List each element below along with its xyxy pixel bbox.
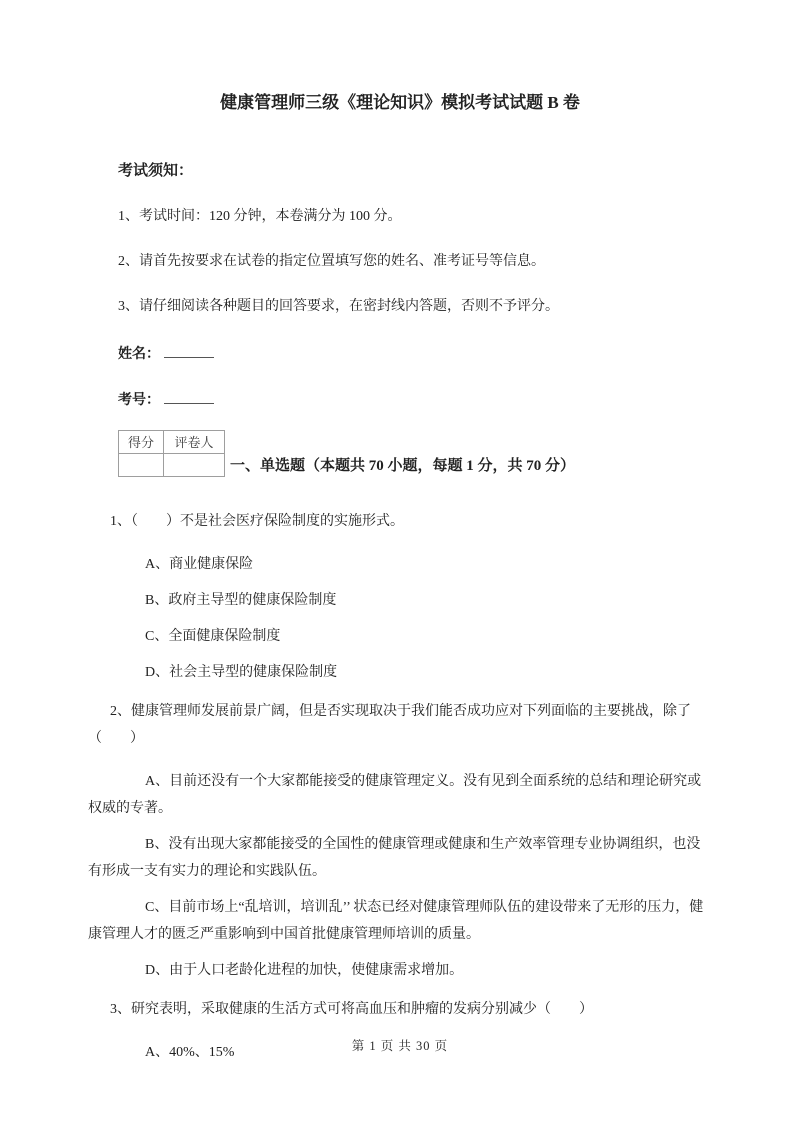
notice-heading: 考试须知：: [118, 158, 712, 185]
score-header-cell: 得分: [119, 431, 164, 454]
name-field-row: 姓名：: [118, 341, 712, 368]
question-1-option-b: B、政府主导型的健康保险制度: [88, 587, 712, 614]
page-number-footer: 第 1 页 共 30 页: [0, 1036, 800, 1054]
score-table-section: 得分 评卷人 一、单选题（本题共 70 小题，每题 1 分，共 70 分）: [118, 430, 712, 482]
section-heading: 一、单选题（本题共 70 小题，每题 1 分，共 70 分）: [230, 454, 710, 475]
question-2: 2、健康管理师发展前景广阔，但是否实现取决于我们能否成功应对下列面临的主要挑战，…: [88, 698, 712, 984]
name-label: 姓名：: [118, 347, 160, 362]
question-1: 1、（ ）不是社会医疗保险制度的实施形式。 A、商业健康保险 B、政府主导型的健…: [88, 508, 712, 686]
question-3-stem: 3、研究表明，采取健康的生活方式可将高血压和肿瘤的发病分别减少（ ）: [88, 996, 712, 1023]
notice-item-3: 3、请仔细阅读各种题目的回答要求，在密封线内答题，否则不予评分。: [118, 293, 712, 320]
notice-item-2: 2、请首先按要求在试卷的指定位置填写您的姓名、准考证号等信息。: [118, 248, 712, 275]
exam-no-label: 考号：: [118, 393, 160, 408]
score-table: 得分 评卷人: [118, 430, 225, 477]
page-content: 健康管理师三级《理论知识》模拟考试试题 B 卷 考试须知： 1、考试时间：120…: [88, 0, 712, 1066]
grader-header-cell: 评卷人: [164, 431, 225, 454]
question-3: 3、研究表明，采取健康的生活方式可将高血压和肿瘤的发病分别减少（ ） A、40%…: [88, 996, 712, 1066]
name-blank: [164, 343, 214, 358]
question-1-option-d: D、社会主导型的健康保险制度: [88, 659, 712, 686]
question-2-option-d: D、由于人口老龄化进程的加快，使健康需求增加。: [88, 957, 712, 984]
question-2-option-a: A、目前还没有一个大家都能接受的健康管理定义。没有见到全面系统的总结和理论研究或…: [88, 768, 712, 822]
score-value-cell: [119, 454, 164, 477]
question-1-option-a: A、商业健康保险: [88, 551, 712, 578]
question-1-stem: 1、（ ）不是社会医疗保险制度的实施形式。: [88, 508, 712, 535]
exam-no-field-row: 考号：: [118, 387, 712, 414]
score-table-header-row: 得分 评卷人: [119, 431, 225, 454]
document-title: 健康管理师三级《理论知识》模拟考试试题 B 卷: [88, 90, 712, 116]
question-2-stem: 2、健康管理师发展前景广阔，但是否实现取决于我们能否成功应对下列面临的主要挑战，…: [88, 698, 712, 752]
notice-item-1: 1、考试时间：120 分钟，本卷满分为 100 分。: [118, 203, 712, 230]
question-1-option-c: C、全面健康保险制度: [88, 623, 712, 650]
question-2-option-b: B、没有出现大家都能接受的全国性的健康管理或健康和生产效率管理专业协调组织，也没…: [88, 831, 712, 885]
question-2-option-c: C、目前市场上“乱培训，培训乱’’ 状态已经对健康管理师队伍的建设带来了无形的压…: [88, 894, 712, 948]
score-table-value-row: [119, 454, 225, 477]
exam-paper-page: 健康管理师三级《理论知识》模拟考试试题 B 卷 考试须知： 1、考试时间：120…: [0, 0, 800, 1132]
exam-no-blank: [164, 389, 214, 404]
grader-value-cell: [164, 454, 225, 477]
